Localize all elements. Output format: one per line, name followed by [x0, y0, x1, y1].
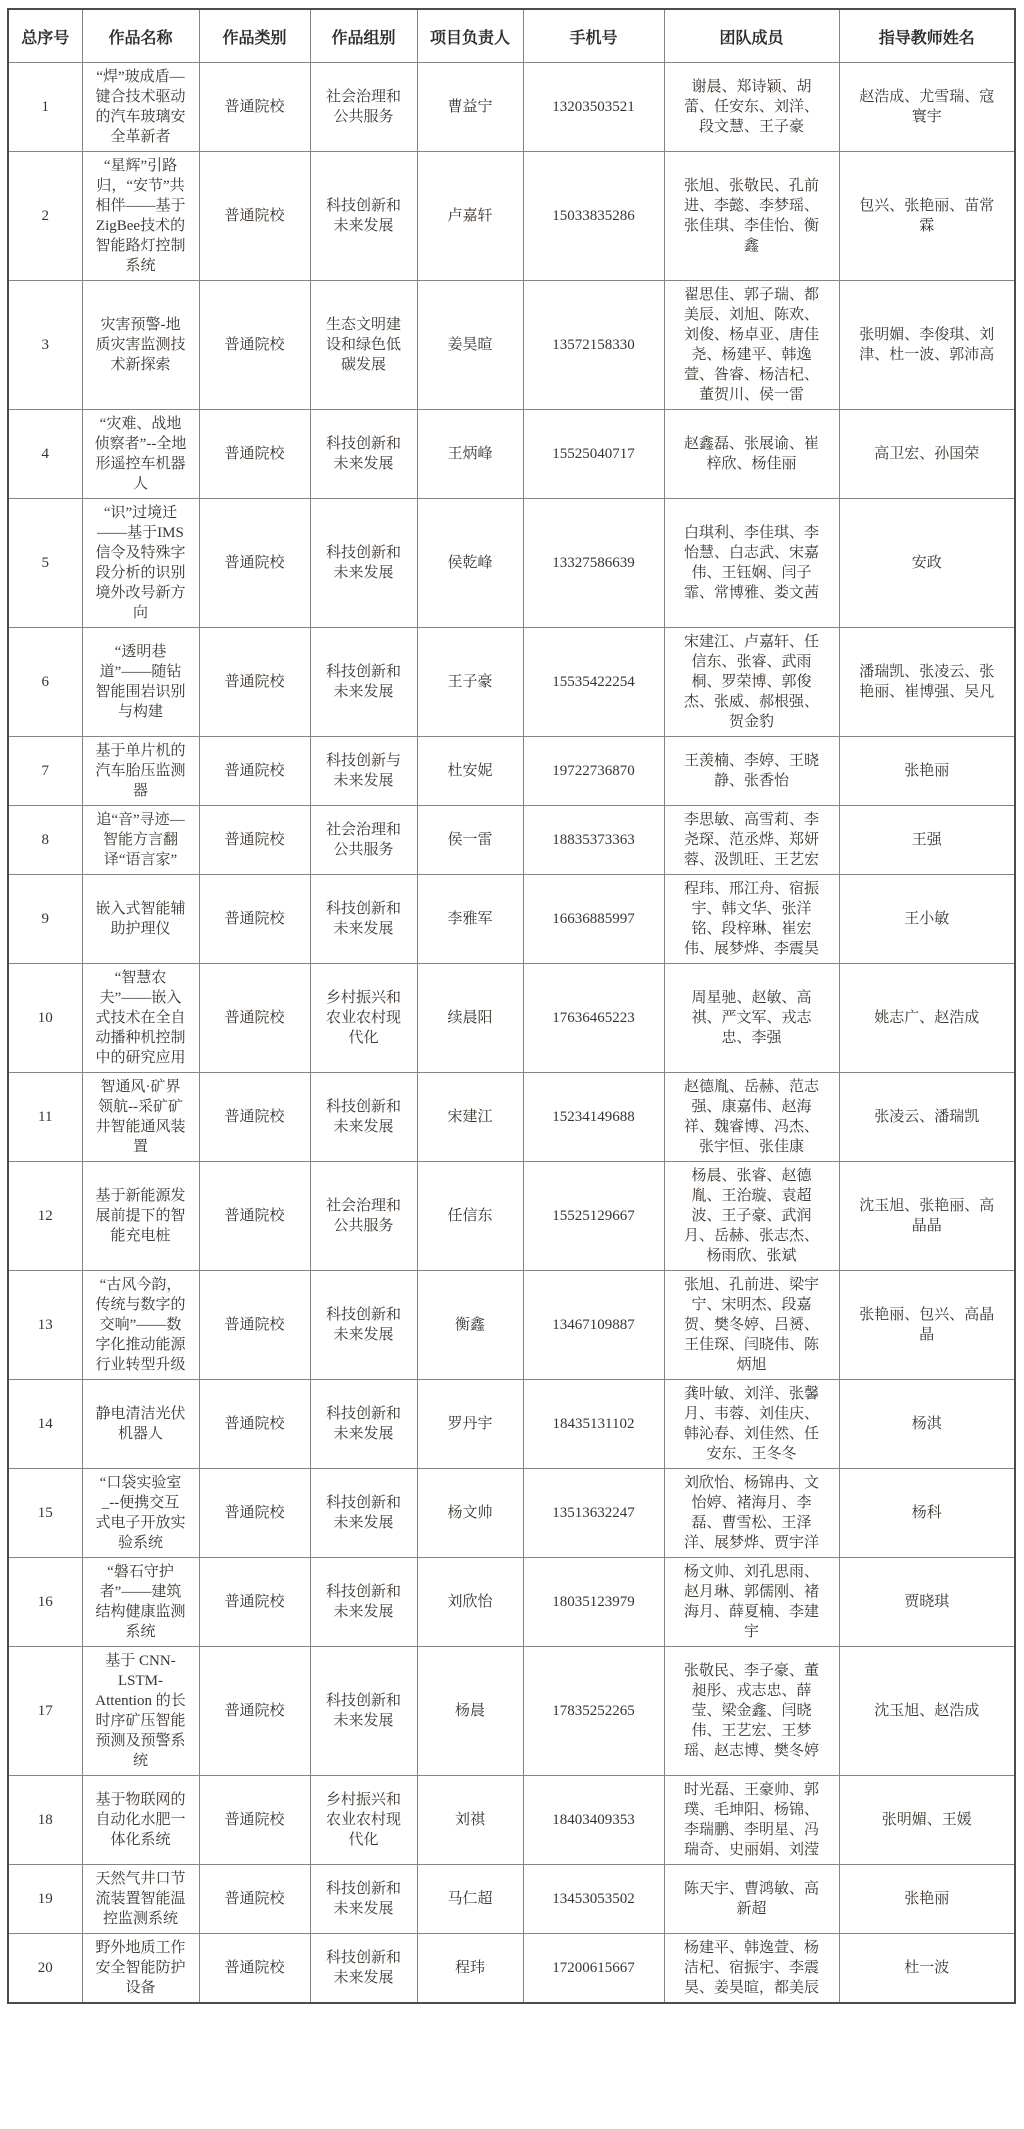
cell-group: 社会治理和公共服务 [310, 806, 417, 875]
cell-title: 静电清洁光伏机器人 [82, 1380, 199, 1469]
cell-phone: 13467109887 [523, 1271, 664, 1380]
cell-title: 追“音”寻迹—智能方言翻译“语言家” [82, 806, 199, 875]
cell-team: 谢晨、郑诗颖、胡蕾、任安东、刘洋、段文慧、王子豪 [664, 63, 839, 152]
cell-group: 生态文明建设和绿色低碳发展 [310, 281, 417, 410]
cell-serial: 5 [8, 499, 82, 628]
cell-category: 普通院校 [199, 737, 310, 806]
cell-serial: 1 [8, 63, 82, 152]
cell-category: 普通院校 [199, 1776, 310, 1865]
cell-leader: 李雅军 [417, 875, 523, 964]
cell-leader: 杨晨 [417, 1647, 523, 1776]
cell-advisors: 张艳丽 [839, 737, 1015, 806]
table-row: 12基于新能源发展前提下的智能充电桩普通院校社会治理和公共服务任信东155251… [8, 1162, 1015, 1271]
cell-title: “焊”玻成盾—键合技术驱动的汽车玻璃安全革新者 [82, 63, 199, 152]
table-header: 总序号 作品名称 作品类别 作品组别 项目负责人 手机号 团队成员 指导教师姓名 [8, 9, 1015, 63]
cell-advisors: 高卫宏、孙国荣 [839, 410, 1015, 499]
cell-title: 野外地质工作安全智能防护设备 [82, 1934, 199, 2004]
cell-category: 普通院校 [199, 63, 310, 152]
table-row: 4“灾难、战地侦察者”--全地形遥控车机器人普通院校科技创新和未来发展王炳峰15… [8, 410, 1015, 499]
cell-team: 程玮、邢江舟、宿振宇、韩文华、张洋铭、段梓琳、崔宏伟、展梦烨、李震昊 [664, 875, 839, 964]
cell-team: 时光磊、王豪帅、郭璞、毛坤阳、杨锦、李瑞鹏、李明星、冯瑞奇、史丽娟、刘滢 [664, 1776, 839, 1865]
cell-phone: 17636465223 [523, 964, 664, 1073]
cell-serial: 17 [8, 1647, 82, 1776]
cell-group: 科技创新和未来发展 [310, 1865, 417, 1934]
cell-team: 张旭、孔前进、梁宇宁、宋明杰、段嘉贺、樊冬婷、吕赟、王佳琛、闫晓伟、陈炳旭 [664, 1271, 839, 1380]
cell-title: “口袋实验室_--便携交互式电子开放实验系统 [82, 1469, 199, 1558]
table-row: 11智通风·矿界领航--采矿矿井智能通风装置普通院校科技创新和未来发展宋建江15… [8, 1073, 1015, 1162]
cell-phone: 17835252265 [523, 1647, 664, 1776]
cell-serial: 13 [8, 1271, 82, 1380]
cell-phone: 13513632247 [523, 1469, 664, 1558]
table-row: 3灾害预警-地质灾害监测技术新探索普通院校生态文明建设和绿色低碳发展姜昊暄135… [8, 281, 1015, 410]
cell-phone: 15033835286 [523, 152, 664, 281]
cell-leader: 任信东 [417, 1162, 523, 1271]
cell-category: 普通院校 [199, 1469, 310, 1558]
table-row: 13“古风今韵，传统与数字的交响”——数字化推动能源行业转型升级普通院校科技创新… [8, 1271, 1015, 1380]
cell-advisors: 杨科 [839, 1469, 1015, 1558]
cell-advisors: 沈玉旭、张艳丽、高晶晶 [839, 1162, 1015, 1271]
cell-serial: 19 [8, 1865, 82, 1934]
cell-serial: 6 [8, 628, 82, 737]
table-row: 10“智慧农夫”——嵌入式技术在全自动播种机控制中的研究应用普通院校乡村振兴和农… [8, 964, 1015, 1073]
cell-advisors: 王小敏 [839, 875, 1015, 964]
cell-phone: 15535422254 [523, 628, 664, 737]
cell-group: 社会治理和公共服务 [310, 1162, 417, 1271]
cell-leader: 宋建江 [417, 1073, 523, 1162]
cell-group: 社会治理和公共服务 [310, 63, 417, 152]
cell-advisors: 王强 [839, 806, 1015, 875]
cell-category: 普通院校 [199, 1865, 310, 1934]
cell-leader: 卢嘉轩 [417, 152, 523, 281]
cell-group: 乡村振兴和农业农村现代化 [310, 1776, 417, 1865]
cell-serial: 7 [8, 737, 82, 806]
cell-advisors: 张艳丽、包兴、高晶晶 [839, 1271, 1015, 1380]
header-row: 总序号 作品名称 作品类别 作品组别 项目负责人 手机号 团队成员 指导教师姓名 [8, 9, 1015, 63]
column-header-leader: 项目负责人 [417, 9, 523, 63]
table-row: 17基于 CNN-LSTM-Attention 的长时序矿压智能预测及预警系统普… [8, 1647, 1015, 1776]
cell-serial: 15 [8, 1469, 82, 1558]
cell-leader: 刘欣怡 [417, 1558, 523, 1647]
cell-leader: 杨文帅 [417, 1469, 523, 1558]
cell-phone: 18035123979 [523, 1558, 664, 1647]
cell-category: 普通院校 [199, 628, 310, 737]
cell-group: 科技创新和未来发展 [310, 1073, 417, 1162]
cell-team: 杨文帅、刘孔思雨、赵月琳、郭儒刚、褚海月、薛夏楠、李建宇 [664, 1558, 839, 1647]
cell-category: 普通院校 [199, 499, 310, 628]
cell-advisors: 张明媚、李俊琪、刘津、杜一波、郭沛高 [839, 281, 1015, 410]
cell-title: “透明巷道”——随钻智能围岩识别与构建 [82, 628, 199, 737]
cell-phone: 19722736870 [523, 737, 664, 806]
column-header-group: 作品组别 [310, 9, 417, 63]
cell-team: 龚叶敏、刘洋、张馨月、韦蓉、刘佳庆、韩沁春、刘佳然、任安东、王冬冬 [664, 1380, 839, 1469]
column-header-title: 作品名称 [82, 9, 199, 63]
table-row: 6“透明巷道”——随钻智能围岩识别与构建普通院校科技创新和未来发展王子豪1553… [8, 628, 1015, 737]
document-page: 总序号 作品名称 作品类别 作品组别 项目负责人 手机号 团队成员 指导教师姓名… [0, 0, 1024, 2129]
cell-team: 张旭、张敬民、孔前进、李懿、李梦瑶、张佳琪、李佳怡、衡鑫 [664, 152, 839, 281]
cell-leader: 姜昊暄 [417, 281, 523, 410]
cell-serial: 2 [8, 152, 82, 281]
cell-serial: 10 [8, 964, 82, 1073]
cell-team: 张敬民、李子豪、董昶彤、戎志忠、薛莹、梁金鑫、闫晓伟、王艺宏、王梦瑶、赵志博、樊… [664, 1647, 839, 1776]
cell-phone: 17200615667 [523, 1934, 664, 2004]
cell-title: 基于单片机的汽车胎压监测器 [82, 737, 199, 806]
cell-phone: 18403409353 [523, 1776, 664, 1865]
cell-advisors: 杜一波 [839, 1934, 1015, 2004]
cell-phone: 15234149688 [523, 1073, 664, 1162]
column-header-team: 团队成员 [664, 9, 839, 63]
cell-leader: 续晨阳 [417, 964, 523, 1073]
cell-leader: 马仁超 [417, 1865, 523, 1934]
table-row: 2“星辉”引路归，“安节”共相伴——基于ZigBee技术的智能路灯控制系统普通院… [8, 152, 1015, 281]
table-row: 19天然气井口节流装置智能温控监测系统普通院校科技创新和未来发展马仁超13453… [8, 1865, 1015, 1934]
cell-serial: 14 [8, 1380, 82, 1469]
cell-leader: 曹益宁 [417, 63, 523, 152]
cell-title: 嵌入式智能辅助护理仪 [82, 875, 199, 964]
cell-phone: 15525129667 [523, 1162, 664, 1271]
cell-title: “智慧农夫”——嵌入式技术在全自动播种机控制中的研究应用 [82, 964, 199, 1073]
cell-leader: 王炳峰 [417, 410, 523, 499]
cell-phone: 13203503521 [523, 63, 664, 152]
cell-category: 普通院校 [199, 1934, 310, 2004]
cell-advisors: 贾晓琪 [839, 1558, 1015, 1647]
cell-team: 陈天宇、曹鸿敏、高新超 [664, 1865, 839, 1934]
cell-advisors: 张明媚、王媛 [839, 1776, 1015, 1865]
cell-leader: 侯乾峰 [417, 499, 523, 628]
cell-category: 普通院校 [199, 964, 310, 1073]
table-row: 1“焊”玻成盾—键合技术驱动的汽车玻璃安全革新者普通院校社会治理和公共服务曹益宁… [8, 63, 1015, 152]
column-header-advisors: 指导教师姓名 [839, 9, 1015, 63]
table-body: 1“焊”玻成盾—键合技术驱动的汽车玻璃安全革新者普通院校社会治理和公共服务曹益宁… [8, 63, 1015, 2004]
cell-leader: 衡鑫 [417, 1271, 523, 1380]
table-row: 16“磐石守护者”——建筑结构健康监测系统普通院校科技创新和未来发展刘欣怡180… [8, 1558, 1015, 1647]
cell-category: 普通院校 [199, 1271, 310, 1380]
cell-title: 智通风·矿界领航--采矿矿井智能通风装置 [82, 1073, 199, 1162]
cell-serial: 4 [8, 410, 82, 499]
cell-phone: 18835373363 [523, 806, 664, 875]
cell-title: 基于 CNN-LSTM-Attention 的长时序矿压智能预测及预警系统 [82, 1647, 199, 1776]
cell-serial: 8 [8, 806, 82, 875]
cell-group: 科技创新和未来发展 [310, 628, 417, 737]
cell-group: 科技创新和未来发展 [310, 1380, 417, 1469]
table-row: 18基于物联网的自动化水肥一体化系统普通院校乡村振兴和农业农村现代化刘祺1840… [8, 1776, 1015, 1865]
table-row: 9嵌入式智能辅助护理仪普通院校科技创新和未来发展李雅军16636885997程玮… [8, 875, 1015, 964]
cell-team: 赵鑫磊、张展谕、崔梓欣、杨佳丽 [664, 410, 839, 499]
cell-team: 杨晨、张睿、赵德胤、王治璇、袁超波、王子豪、武润月、岳赫、张志杰、杨雨欣、张斌 [664, 1162, 839, 1271]
cell-title: “识”过境迁——基于IMS信令及特殊字段分析的识别境外改号新方向 [82, 499, 199, 628]
cell-serial: 11 [8, 1073, 82, 1162]
table-row: 7基于单片机的汽车胎压监测器普通院校科技创新与未来发展杜安妮1972273687… [8, 737, 1015, 806]
cell-serial: 16 [8, 1558, 82, 1647]
cell-title: “古风今韵，传统与数字的交响”——数字化推动能源行业转型升级 [82, 1271, 199, 1380]
cell-category: 普通院校 [199, 152, 310, 281]
cell-advisors: 安政 [839, 499, 1015, 628]
cell-group: 科技创新和未来发展 [310, 875, 417, 964]
table-row: 20野外地质工作安全智能防护设备普通院校科技创新和未来发展程玮172006156… [8, 1934, 1015, 2004]
cell-leader: 程玮 [417, 1934, 523, 2004]
cell-leader: 刘祺 [417, 1776, 523, 1865]
cell-team: 白琪利、李佳琪、李怡慧、白志武、宋嘉伟、王钰娴、闫子霏、常博雅、娄文茜 [664, 499, 839, 628]
cell-title: 基于新能源发展前提下的智能充电桩 [82, 1162, 199, 1271]
works-table: 总序号 作品名称 作品类别 作品组别 项目负责人 手机号 团队成员 指导教师姓名… [7, 8, 1016, 2004]
cell-category: 普通院校 [199, 875, 310, 964]
cell-advisors: 张凌云、潘瑞凯 [839, 1073, 1015, 1162]
cell-category: 普通院校 [199, 1647, 310, 1776]
column-header-serial: 总序号 [8, 9, 82, 63]
table-row: 8追“音”寻迹—智能方言翻译“语言家”普通院校社会治理和公共服务侯一雷18835… [8, 806, 1015, 875]
cell-leader: 罗丹宇 [417, 1380, 523, 1469]
cell-serial: 18 [8, 1776, 82, 1865]
cell-title: 灾害预警-地质灾害监测技术新探索 [82, 281, 199, 410]
column-header-category: 作品类别 [199, 9, 310, 63]
cell-group: 科技创新和未来发展 [310, 152, 417, 281]
cell-phone: 18435131102 [523, 1380, 664, 1469]
cell-phone: 13453053502 [523, 1865, 664, 1934]
cell-category: 普通院校 [199, 1380, 310, 1469]
cell-category: 普通院校 [199, 1558, 310, 1647]
cell-serial: 3 [8, 281, 82, 410]
cell-title: “磐石守护者”——建筑结构健康监测系统 [82, 1558, 199, 1647]
cell-group: 科技创新和未来发展 [310, 1469, 417, 1558]
cell-group: 科技创新和未来发展 [310, 1558, 417, 1647]
cell-leader: 杜安妮 [417, 737, 523, 806]
cell-category: 普通院校 [199, 281, 310, 410]
cell-group: 科技创新和未来发展 [310, 1271, 417, 1380]
cell-team: 宋建江、卢嘉轩、任信东、张睿、武雨桐、罗荣博、郭俊杰、张威、郝根强、贺金豹 [664, 628, 839, 737]
cell-phone: 16636885997 [523, 875, 664, 964]
cell-advisors: 张艳丽 [839, 1865, 1015, 1934]
cell-group: 乡村振兴和农业农村现代化 [310, 964, 417, 1073]
cell-serial: 12 [8, 1162, 82, 1271]
cell-team: 周星驰、赵敏、高祺、严文军、戎志忠、李强 [664, 964, 839, 1073]
cell-category: 普通院校 [199, 410, 310, 499]
cell-title: “星辉”引路归，“安节”共相伴——基于ZigBee技术的智能路灯控制系统 [82, 152, 199, 281]
cell-group: 科技创新和未来发展 [310, 410, 417, 499]
cell-category: 普通院校 [199, 1162, 310, 1271]
cell-serial: 9 [8, 875, 82, 964]
cell-serial: 20 [8, 1934, 82, 2004]
cell-title: 天然气井口节流装置智能温控监测系统 [82, 1865, 199, 1934]
cell-category: 普通院校 [199, 806, 310, 875]
cell-team: 赵德胤、岳赫、范志强、康嘉伟、赵海祥、魏睿博、冯杰、张宇恒、张佳康 [664, 1073, 839, 1162]
cell-leader: 侯一雷 [417, 806, 523, 875]
cell-phone: 15525040717 [523, 410, 664, 499]
cell-group: 科技创新和未来发展 [310, 1934, 417, 2004]
cell-advisors: 赵浩成、尤雪瑞、寇寰宇 [839, 63, 1015, 152]
cell-team: 杨建平、韩逸萱、杨洁杞、宿振宇、李震昊、姜昊暄，都美辰 [664, 1934, 839, 2004]
cell-category: 普通院校 [199, 1073, 310, 1162]
cell-advisors: 沈玉旭、赵浩成 [839, 1647, 1015, 1776]
cell-title: 基于物联网的自动化水肥一体化系统 [82, 1776, 199, 1865]
cell-advisors: 包兴、张艳丽、苗常霖 [839, 152, 1015, 281]
table-row: 14静电清洁光伏机器人普通院校科技创新和未来发展罗丹宇18435131102龚叶… [8, 1380, 1015, 1469]
cell-team: 刘欣怡、杨锦冉、文怡婷、褚海月、李磊、曹雪松、王泽洋、展梦烨、贾宇洋 [664, 1469, 839, 1558]
cell-team: 王羡楠、李婷、王晓静、张香怡 [664, 737, 839, 806]
cell-team: 翟思佳、郭子瑞、都美辰、刘旭、陈欢、刘俊、杨卓亚、唐佳尧、杨建平、韩逸萱、昝睿、… [664, 281, 839, 410]
cell-group: 科技创新和未来发展 [310, 499, 417, 628]
cell-team: 李思敏、高雪莉、李尧琛、范丞烨、郑妍蓉、汲凯旺、王艺宏 [664, 806, 839, 875]
table-row: 15“口袋实验室_--便携交互式电子开放实验系统普通院校科技创新和未来发展杨文帅… [8, 1469, 1015, 1558]
cell-advisors: 姚志广、赵浩成 [839, 964, 1015, 1073]
cell-advisors: 潘瑞凯、张凌云、张艳丽、崔博强、吴凡 [839, 628, 1015, 737]
cell-group: 科技创新与未来发展 [310, 737, 417, 806]
cell-leader: 王子豪 [417, 628, 523, 737]
cell-group: 科技创新和未来发展 [310, 1647, 417, 1776]
cell-phone: 13327586639 [523, 499, 664, 628]
cell-phone: 13572158330 [523, 281, 664, 410]
cell-advisors: 杨淇 [839, 1380, 1015, 1469]
table-row: 5“识”过境迁——基于IMS信令及特殊字段分析的识别境外改号新方向普通院校科技创… [8, 499, 1015, 628]
column-header-phone: 手机号 [523, 9, 664, 63]
cell-title: “灾难、战地侦察者”--全地形遥控车机器人 [82, 410, 199, 499]
